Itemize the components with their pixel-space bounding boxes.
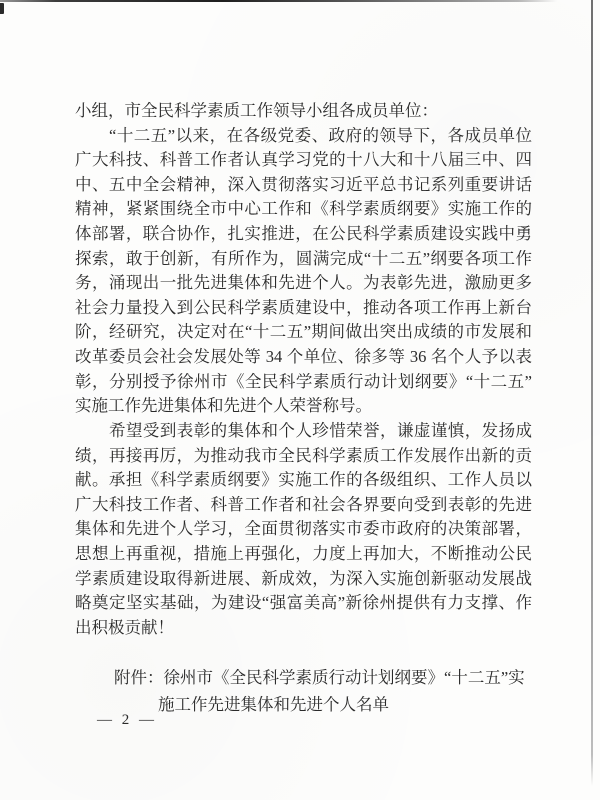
text-line: 广大科技工作者、科普工作者和社会各界要向受到表彰的先进 [75,493,532,518]
text-line: 务，涌现出一批先进集体和先进个人。为表彰先进，激励更多 [75,271,532,296]
text-line: 希望受到表彰的集体和个人珍惜荣誉，谦虚谨慎，发扬成 [75,419,532,444]
text-line: 绩，再接再厉，为推动我市全民科学素质工作发展作出新的贡 [75,444,532,469]
body-text: 小组，市全民科学素质工作领导小组各成员单位： “十二五”以来，在各级党委、政府的… [75,99,532,640]
attachment-line: 施工作先进集体和先进个人名单 [114,691,534,718]
text-line: 集体和先进个人学习，全面贯彻落实市委市政府的决策部署， [75,517,532,542]
text-line: 实施工作先进集体和先进个人荣誉称号。 [75,394,532,419]
corner-mark-artifact [0,3,4,14]
attachment-note: 附件：徐州市《全民科学素质行动计划纲要》“十二五”实 施工作先进集体和先进个人名… [114,664,534,718]
text-line: “十二五”以来，在各级党委、政府的领导下，各成员单位和 [75,124,532,149]
text-line: 中、五中全会精神，深入贯彻落实习近平总书记系列重要讲话 [75,173,532,198]
page-number: — 2 — [97,712,157,729]
text-line: 改革委员会社会发展处等 34 个单位、徐多等 36 名个人予以表 [75,345,532,370]
top-edge-scan-artifact [0,0,557,2]
text-line: 精神，紧紧围绕全市中心工作和《科学素质纲要》实施工作的总 [75,197,532,222]
text-line: 学素质建设取得新进展、新成效，为深入实施创新驱动发展战 [75,567,532,592]
text-line: 探索，敢于创新，有所作为，圆满完成“十二五”纲要各项工作任 [75,247,532,272]
text-line: 思想上再重视，措施上再强化，力度上再加大，不断推动公民科 [75,542,532,567]
text-line: 彰，分别授予徐州市《全民科学素质行动计划纲要》“十二五” [75,370,532,395]
text-line: 小组，市全民科学素质工作领导小组各成员单位： [75,99,532,124]
text-line: 献。承担《科学素质纲要》实施工作的各级组织、工作人员以及 [75,468,532,493]
text-line: 出积极贡献！ [75,616,532,641]
text-line: 社会力量投入到公民科学素质建设中，推动各项工作再上新台 [75,296,532,321]
document-scan-page: 小组，市全民科学素质工作领导小组各成员单位： “十二五”以来，在各级党委、政府的… [0,0,600,800]
text-line: 略奠定坚实基础，为建设“强富美高”新徐州提供有力支撑、作 [75,591,532,616]
text-line: 广大科技、科普工作者认真学习党的十八大和十八届三中、四 [75,148,532,173]
text-line: 阶，经研究，决定对在“十二五”期间做出突出成绩的市发展和 [75,320,532,345]
right-edge-scan-line [591,0,593,786]
attachment-line: 附件：徐州市《全民科学素质行动计划纲要》“十二五”实 [114,664,534,691]
text-line: 体部署，联合协作，扎实推进，在公民科学素质建设实践中勇于 [75,222,532,247]
